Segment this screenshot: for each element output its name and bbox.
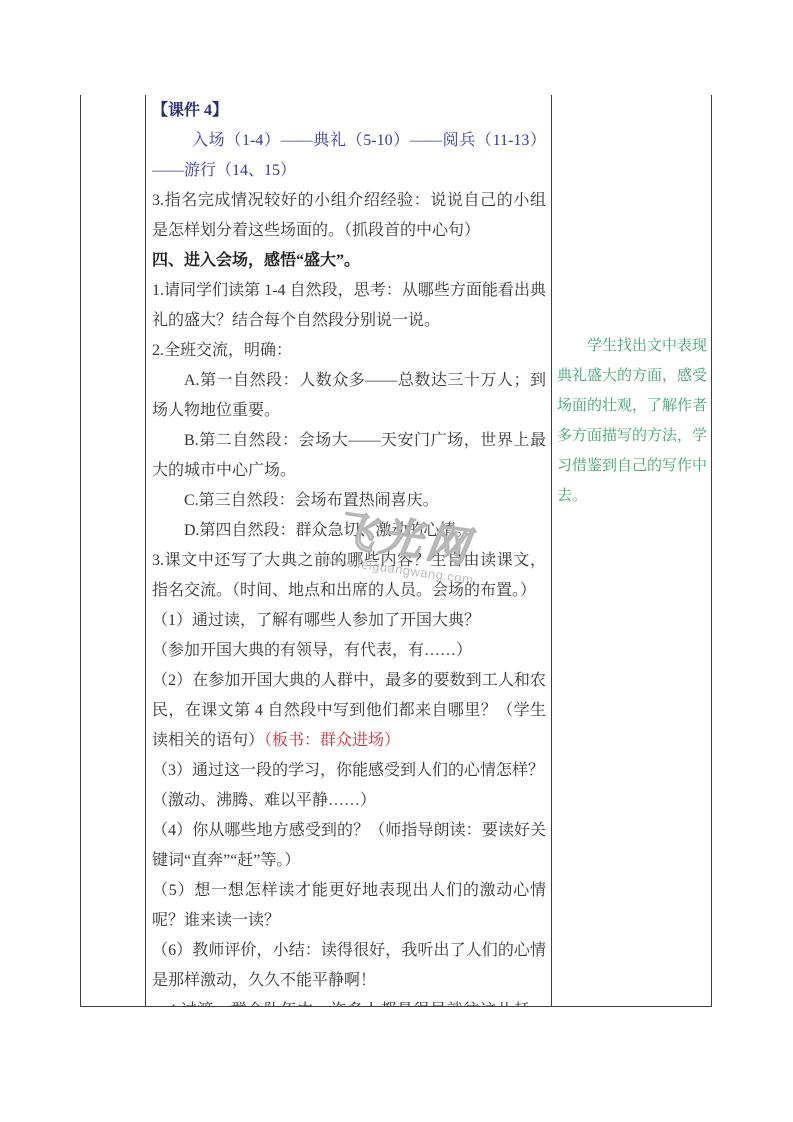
paragraph: 【课件 4】 xyxy=(152,96,546,126)
text-run: （板书：群众进场） xyxy=(264,732,400,749)
text-run: 【课件 4】 xyxy=(152,102,228,119)
text-run: 四、进入会场，感悟“盛大”。 xyxy=(152,252,360,269)
text-run: C.第三自然段：会场布置热闹喜庆。 xyxy=(184,492,439,509)
paragraph: （参加开国大典的有领导，有代表，有……） xyxy=(152,636,546,666)
text-run: 入场（1-4）——典礼（5-10）——阅兵（11-13）——游行（14、15） xyxy=(152,132,546,179)
text-run: 3.指名完成情况较好的小组介绍经验：说说自己的小组是怎样划分着这些场面的。（抓段… xyxy=(152,192,546,239)
text-run: （6）教师评价，小结：读得很好，我听出了人们的心情是那样激动，久久不能平静啊！ xyxy=(152,942,546,989)
text-run: （激动、沸腾、难以平静……） xyxy=(152,792,376,809)
paragraph: D.第四自然段：群众急切、激动的心情。 xyxy=(152,516,546,546)
margin-note: 学生找出文中表现典礼盛大的方面，感受场面的壮观，了解作者多方面描写的方法，学习借… xyxy=(557,331,707,511)
text-run: D.第四自然段：群众急切、激动的心情。 xyxy=(184,522,472,539)
paragraph: 四、进入会场，感悟“盛大”。 xyxy=(152,246,546,276)
lesson-plan-table: 【课件 4】入场（1-4）——典礼（5-10）——阅兵（11-13）——游行（1… xyxy=(80,95,712,1007)
text-run: （4）你从哪些地方感受到的？（师指导朗读：要读好关键词“直奔”“赶”等。） xyxy=(152,822,546,869)
paragraph: （激动、沸腾、难以平静……） xyxy=(152,786,546,816)
paragraph: 2.全班交流，明确： xyxy=(152,336,546,366)
text-run: 1.请同学们读第 1-4 自然段，思考：从哪些方面能看出典礼的盛大？结合每个自然… xyxy=(152,282,546,329)
text-run: 3.课文中还写了大典之前的哪些内容？生自由读课文，指名交流。（时间、地点和出席的… xyxy=(152,552,546,599)
text-run: B.第二自然段：会场大——天安门广场，世界上最大的城市中心广场。 xyxy=(152,432,546,479)
table-col-left-empty xyxy=(81,95,146,1006)
paragraph: 3.课文中还写了大典之前的哪些内容？生自由读课文，指名交流。（时间、地点和出席的… xyxy=(152,546,546,606)
paragraph: （2）在参加开国大典的人群中，最多的要数到工人和农民，在课文第 4 自然段中写到… xyxy=(152,666,546,756)
paragraph: B.第二自然段：会场大——天安门广场，世界上最大的城市中心广场。 xyxy=(152,426,546,486)
table-col-main-content: 【课件 4】入场（1-4）——典礼（5-10）——阅兵（11-13）——游行（1… xyxy=(146,95,552,1006)
paragraph: （3）通过这一段的学习，你能感受到人们的心情怎样？ xyxy=(152,756,546,786)
text-run: （5）想一想怎样读才能更好地表现出人们的激动心情呢？谁来读一读？ xyxy=(152,882,546,929)
text-run: （1）通过读，了解有哪些人参加了开国大典？ xyxy=(152,612,480,629)
paragraph: （5）想一想怎样读才能更好地表现出人们的激动心情呢？谁来读一读？ xyxy=(152,876,546,936)
text-run: 4.过渡：群众队伍中，许多人都是很早就往这儿赶。到 xyxy=(152,1002,546,1006)
paragraph: （1）通过读，了解有哪些人参加了开国大典？ xyxy=(152,606,546,636)
paragraph: （4）你从哪些地方感受到的？（师指导朗读：要读好关键词“直奔”“赶”等。） xyxy=(152,816,546,876)
paragraph: 入场（1-4）——典礼（5-10）——阅兵（11-13）——游行（14、15） xyxy=(152,126,546,186)
text-run: 2.全班交流，明确： xyxy=(152,342,292,359)
text-run: A.第一自然段：人数众多——总数达三十万人；到场人物地位重要。 xyxy=(152,372,546,419)
paragraph: 4.过渡：群众队伍中，许多人都是很早就往这儿赶。到 xyxy=(152,996,546,1006)
document-page: 【课件 4】入场（1-4）——典礼（5-10）——阅兵（11-13）——游行（1… xyxy=(0,0,793,1122)
paragraph: 3.指名完成情况较好的小组介绍经验：说说自己的小组是怎样划分着这些场面的。（抓段… xyxy=(152,186,546,246)
text-run: （3）通过这一段的学习，你能感受到人们的心情怎样？ xyxy=(152,762,544,779)
paragraph: 1.请同学们读第 1-4 自然段，思考：从哪些方面能看出典礼的盛大？结合每个自然… xyxy=(152,276,546,336)
table-col-margin-notes: 学生找出文中表现典礼盛大的方面，感受场面的壮观，了解作者多方面描写的方法，学习借… xyxy=(552,95,711,1006)
paragraph: （6）教师评价，小结：读得很好，我听出了人们的心情是那样激动，久久不能平静啊！ xyxy=(152,936,546,996)
paragraph: A.第一自然段：人数众多——总数达三十万人；到场人物地位重要。 xyxy=(152,366,546,426)
paragraph: C.第三自然段：会场布置热闹喜庆。 xyxy=(152,486,546,516)
text-run: （参加开国大典的有领导，有代表，有……） xyxy=(152,642,472,659)
main-paragraphs: 【课件 4】入场（1-4）——典礼（5-10）——阅兵（11-13）——游行（1… xyxy=(152,96,546,1006)
